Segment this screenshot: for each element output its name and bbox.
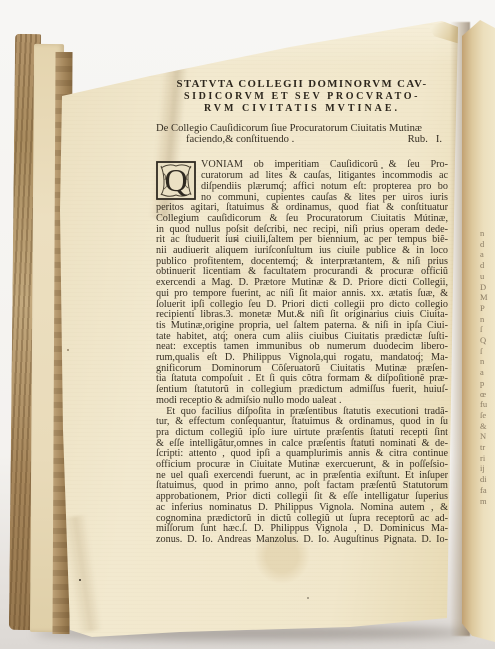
chapter-heading-line-1: De Collegio Cauſidicorum ſiue Procurator… [156,123,448,135]
rubric-label: Rub. I. [408,134,442,146]
title-block: STATVTA COLLEGII DOMINORVM CAV- SIDICORV… [156,78,448,116]
printed-text-block: STATVTA COLLEGII DOMINORVM CAV- SIDICORV… [156,78,448,546]
title-line-2: SIDICORVM ET SEV PROCVRATO- [156,91,448,104]
title-line-1: STATVTA COLLEGII DOMINORVM CAV- [156,78,448,91]
facing-page: n d a d u D M P n ſ Q ſ n a p œ fu ſe & … [462,20,495,642]
facing-page-text-fragments: n d a d u D M P n ſ Q ſ n a p œ fu ſe & … [480,228,494,506]
svg-text:Q: Q [164,162,187,198]
body-paragraph-2: Et quo facilius diſpoſita in præſentibus… [156,407,448,546]
body-paragraph-1: Q VONIAM ob imperitiam Cauſidicorũ & ſeu… [156,150,448,396]
paper-specks [79,579,81,581]
drop-cap-initial-icon: Q [156,161,196,200]
chapter-heading: De Collegio Cauſidicorum ſiue Procurator… [156,123,448,146]
paragraph-1-last-line: modi receptio & admiſsio nullo modo uale… [156,396,448,407]
paragraph-1-lines: VONIAM ob imperitiam Cauſidicorũ & ſeu P… [156,159,448,395]
title-line-3: RVM CIVITATIS MVTINAE. [156,103,448,116]
chapter-heading-row: faciendo,& conſtituendo . Rub. I. [156,134,448,146]
chapter-heading-line-2: faciendo,& conſtituendo . [186,134,294,146]
main-page: STATVTA COLLEGII DOMINORVM CAV- SIDICORV… [0,0,495,649]
photo-background: STATVTA COLLEGII DOMINORVM CAV- SIDICORV… [0,0,495,649]
